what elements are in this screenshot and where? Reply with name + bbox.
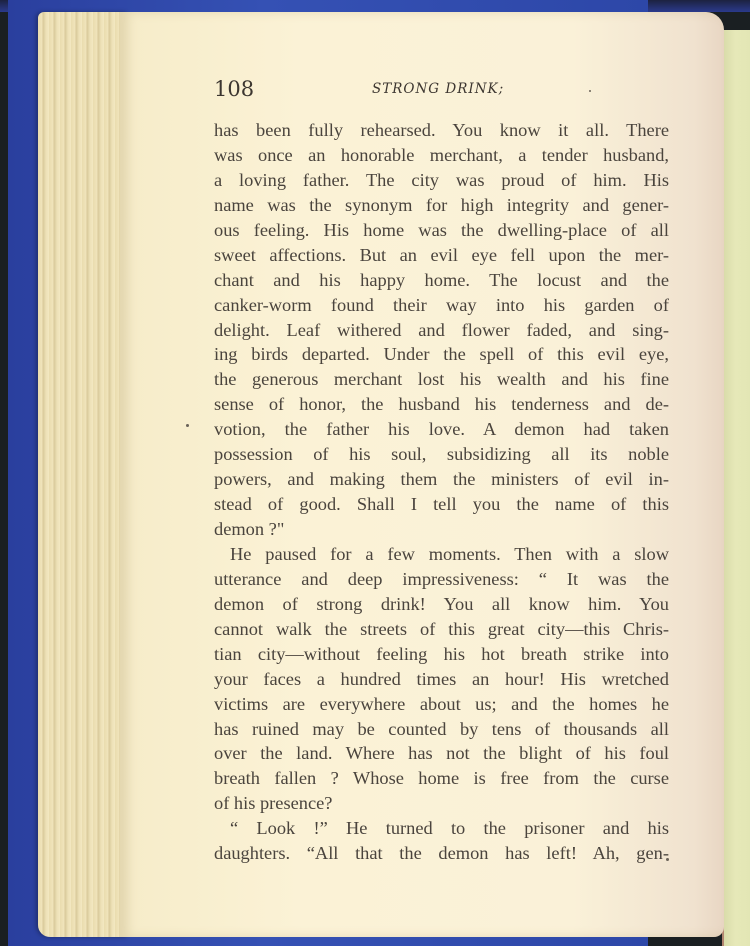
text-line: ous feeling. His home was the dwelling-p… <box>214 218 669 243</box>
text-line: cannot walk the streets of this great ci… <box>214 617 669 642</box>
text-line: “ Look !” He turned to the prisoner and … <box>214 816 669 841</box>
ink-speck <box>186 424 189 427</box>
text-line: votion, the father his love. A demon had… <box>214 417 669 442</box>
text-line: breath fallen ? Whose home is free from … <box>214 766 669 791</box>
running-head: STRONG DRINK; <box>372 81 504 97</box>
text-line: name was the synonym for high integrity … <box>214 193 669 218</box>
page-stack-edges <box>38 12 128 937</box>
text-line: tian city—without feeling his hot breath… <box>214 642 669 667</box>
text-line: your faces a hundred times an hour! His … <box>214 667 669 692</box>
text-line: of his presence? <box>214 791 669 816</box>
text-line: canker-worm found their way into his gar… <box>214 293 669 318</box>
body-text: has been fully rehearsed. You know it al… <box>214 118 669 866</box>
ink-speck <box>589 90 591 92</box>
text-line: sense of honor, the husband his tenderne… <box>214 392 669 417</box>
text-line: demon ?" <box>214 517 669 542</box>
text-line: over the land. Where has not the blight … <box>214 741 669 766</box>
text-line: victims are everywhere about us; and the… <box>214 692 669 717</box>
text-line: utterance and deep impressiveness: “ It … <box>214 567 669 592</box>
text-line: the generous merchant lost his wealth an… <box>214 367 669 392</box>
text-line: ing birds departed. Under the spell of t… <box>214 342 669 367</box>
text-line: sweet affections. But an evil eye fell u… <box>214 243 669 268</box>
page-number: 108 <box>214 77 254 101</box>
text-line: daughters. “All that the demon has left!… <box>214 841 669 866</box>
text-line: possession of his soul, subsidizing all … <box>214 442 669 467</box>
text-line: was once an honorable merchant, a tender… <box>214 143 669 168</box>
text-line: powers, and making them the ministers of… <box>214 467 669 492</box>
text-line: stead of good. Shall I tell you the name… <box>214 492 669 517</box>
text-line: a loving father. The city was proud of h… <box>214 168 669 193</box>
ink-speck <box>666 858 669 861</box>
text-line: He paused for a few moments. Then with a… <box>214 542 669 567</box>
page-header: 108 STRONG DRINK; <box>214 77 674 107</box>
text-line: chant and his happy home. The locust and… <box>214 268 669 293</box>
text-line: demon of strong drink! You all know him.… <box>214 592 669 617</box>
facing-page-edge <box>722 30 750 946</box>
text-line: has been fully rehearsed. You know it al… <box>214 118 669 143</box>
text-line: has ruined may be counted by tens of tho… <box>214 717 669 742</box>
text-line: delight. Leaf withered and flower faded,… <box>214 318 669 343</box>
